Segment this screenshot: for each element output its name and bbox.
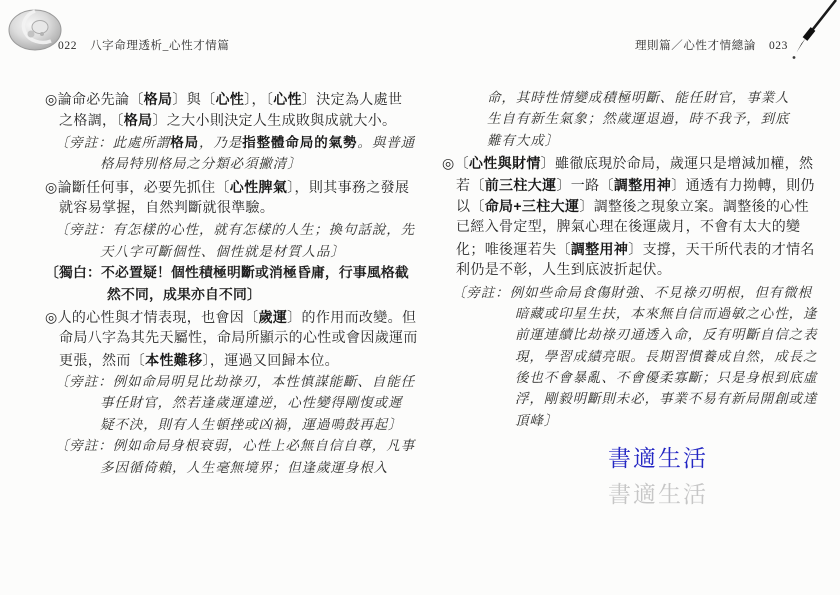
- watermark-gray: 書適生活: [608, 476, 708, 509]
- text-segment: 更張，然而〔: [59, 354, 145, 369]
- text-segment: 天八字可斷個性、個性就是材質人品〕: [100, 244, 345, 259]
- emphasis-text: 調整用神: [571, 241, 628, 257]
- text-line: ◎論命必先論〔格局〕與〔心性〕，〔心性〕決定為人處世: [45, 89, 423, 110]
- text-line: 〔旁註：例如命局明見比劫祿刃，本性慎謀能斷、自能任: [45, 371, 423, 392]
- emphasis-text: 指整體命局的氣勢: [242, 135, 357, 150]
- text-segment: 〕的作用而改變。但: [287, 311, 416, 326]
- text-segment: 多因循倚賴，人生毫無境界；但逢歲運身根入: [100, 460, 388, 475]
- text-segment: 頂峰〕: [515, 413, 558, 428]
- text-line: 天八字可斷個性、個性就是材質人品〕: [45, 241, 423, 262]
- text-line: ◎人的心性與才情表現，也會因〔歲運〕的作用而改變。但: [45, 307, 423, 328]
- text-segment: 〔旁註：有怎樣的心性，就有怎樣的人生；換句話說，先: [55, 222, 415, 237]
- text-line: 難有大成〕: [442, 130, 807, 151]
- text-line: 化；唯後運若失〔調整用神〕支撐，天干所代表的才情名: [442, 239, 807, 260]
- text-line: 〔旁註：有怎樣的心性，就有怎樣的人生；換句話說，先: [45, 219, 423, 240]
- text-segment: 〕調整後之現象立案。調整後的心性: [579, 200, 809, 215]
- text-line: 事任財官，然若逢歲運違逆，心性變得剛愎或遲: [45, 392, 423, 413]
- right-page-text: 命，其時性情變成積極明斷、能任財官，事業人生自有新生氣象；然歲運退過，時不我予，…: [442, 87, 807, 431]
- text-line: 〔旁註：例如些命局食傷財強、不見祿刃明根，但有微根: [442, 282, 807, 303]
- text-segment: 疑不決，則有人生頓挫或凶禍，運過鳴鼓再起〕: [100, 417, 402, 432]
- text-segment: 〔旁註：例如命局身根衰弱，心性上必無自信自尊，凡事: [55, 438, 415, 453]
- text-segment: 暗藏或印星生扶，本來無自信而過敏之心性，逢: [515, 306, 817, 321]
- text-segment: 〔旁註：例如命局明見比劫祿刃，本性慎謀能斷、自能任: [55, 374, 415, 389]
- right-page-number: 023: [769, 40, 788, 52]
- text-segment: 〕一路〔: [556, 179, 613, 194]
- emphasis-text: 歲運: [258, 309, 287, 325]
- watermark-blue: 書適生活: [608, 440, 708, 473]
- text-line: ◎論斷任何事，必要先抓住〔心性脾氣〕，則其事務之發展: [45, 177, 423, 198]
- text-segment: 生自有新生氣象；然歲運退過，時不我予，到底: [487, 111, 789, 126]
- text-segment: 〕決定為人處世: [302, 93, 402, 108]
- left-page-text: ◎論命必先論〔格局〕與〔心性〕，〔心性〕決定為人處世之格調，〔格局〕之大小則決定…: [45, 87, 423, 478]
- book-spread: 022八字命理透析_心性才情篇 ◎論命必先論〔格局〕與〔心性〕，〔心性〕決定為人…: [0, 0, 840, 595]
- text-segment: 〕支撐，天干所代表的才情名: [628, 243, 815, 258]
- text-line: 命，其時性情變成積極明斷、能任財官，事業人: [442, 87, 807, 108]
- text-segment: 〕雖徹底現於命局，歲運只是增減加權，然: [541, 157, 814, 172]
- text-segment: 若〔: [456, 179, 485, 194]
- text-line: 後也不會暴亂、不會優柔寡斷；只是身根到底虛: [442, 367, 807, 388]
- text-segment: 已經入骨定型，脾氣心理在後運歲月，不會有太大的變: [456, 220, 800, 235]
- text-segment: 命，其時性情變成積極明斷、能任財官，事業人: [487, 90, 789, 105]
- text-line: 生自有新生氣象；然歲運退過，時不我予，到底: [442, 108, 807, 129]
- text-segment: 命局八字為其先天屬性，命局所顯示的心性或會因歲運而: [59, 331, 418, 346]
- text-line: 更張，然而〔本性難移〕，運過又回歸本位。: [45, 350, 423, 371]
- text-segment: 〕，運過又回歸本位。: [203, 354, 340, 369]
- right-page-title: 理則篇／心性才情總論: [635, 40, 756, 52]
- text-line: 格局特別格局之分類必須撇清〕: [45, 153, 423, 174]
- text-segment: 〕，〔: [244, 93, 273, 108]
- text-line: 命局八字為其先天屬性，命局所顯示的心性或會因歲運而: [45, 328, 423, 349]
- text-line: 現，學習成績亮眼。長期習慣養成自然，成長之: [442, 346, 807, 367]
- text-segment: ◎論斷任何事，必要先抓住〔: [45, 181, 230, 196]
- emphasis-text: 心性脾氣: [230, 179, 287, 195]
- text-segment: 〕與〔: [172, 93, 215, 108]
- text-segment: 難有大成〕: [487, 133, 559, 148]
- text-line: 以〔命局+三柱大運〕調整後之現象立案。調整後的心性: [442, 196, 807, 217]
- text-segment: 然不同，成果亦自不同〕: [107, 287, 261, 302]
- text-line: 暗藏或印星生扶，本來無自信而過敏之心性，逢: [442, 303, 807, 324]
- text-segment: 事任財官，然若逢歲運違逆，心性變得剛愎或遲: [100, 395, 402, 410]
- text-segment: 〕通透有力拗轉，則仍: [671, 179, 815, 194]
- text-line: ◎〔心性與財情〕雖徹底現於命局，歲運只是增減加權，然: [442, 153, 807, 174]
- text-segment: 浮，剛毅明斷則未必，事業不易有新局開創或達: [515, 391, 817, 406]
- calligraphy-pen-icon: [780, 0, 838, 66]
- text-line: 浮，剛毅明斷則未必，事業不易有新局開創或達: [442, 388, 807, 409]
- text-line: 頂峰〕: [442, 410, 807, 431]
- text-segment: 後也不會暴亂、不會優柔寡斷；只是身根到底虛: [515, 370, 817, 385]
- text-segment: ◎〔: [442, 157, 469, 172]
- emphasis-text: 心性: [215, 91, 244, 107]
- text-line: 然不同，成果亦自不同〕: [45, 284, 423, 305]
- text-segment: 〔旁註：此處所謂: [55, 135, 170, 150]
- emphasis-text: 調整用神: [614, 177, 671, 193]
- text-line: 前運連續比劫祿刃通透入命，反有明斷自信之表: [442, 324, 807, 345]
- text-segment: 之格調，〔: [59, 114, 124, 129]
- text-line: 利仍是不彰，人生到底波折起伏。: [442, 260, 807, 281]
- emphasis-text: 本性難移: [145, 352, 202, 368]
- emphasis-text: 格局: [144, 91, 173, 107]
- text-segment: 〕，則其事務之發展: [287, 181, 409, 196]
- text-segment: 就容易掌握，自然判斷就很準驗。: [59, 201, 274, 216]
- text-line: 疑不決，則有人生頓挫或凶禍，運過鳴鼓再起〕: [45, 414, 423, 435]
- text-segment: 前運連續比劫祿刃通透入命，反有明斷自信之表: [515, 327, 817, 342]
- text-segment: 現，學習成績亮眼。長期習慣養成自然，成長之: [515, 349, 817, 364]
- left-page-header: 022八字命理透析_心性才情篇: [58, 37, 230, 53]
- text-segment: ◎論命必先論〔: [45, 93, 144, 108]
- text-segment: 〔獨白：不必置疑！個性積極明斷或消極昏庸，行事風格截: [45, 265, 409, 280]
- text-segment: 化；唯後運若失〔: [456, 243, 571, 258]
- text-segment: 以〔: [456, 200, 485, 215]
- text-segment: 〕之大小則決定人生成敗與成就大小。: [152, 114, 396, 129]
- emphasis-text: 命局+三柱大運: [485, 198, 580, 214]
- right-page-header: 理則篇／心性才情總論023: [635, 37, 788, 53]
- text-segment: 。與普通: [357, 135, 415, 150]
- stone-spiral-logo-icon: [6, 7, 64, 53]
- emphasis-text: 格局: [170, 135, 199, 150]
- text-line: 〔旁註：例如命局身根衰弱，心性上必無自信自尊，凡事: [45, 435, 423, 456]
- text-segment: 〔旁註：例如些命局食傷財強、不見祿刃明根，但有微根: [452, 285, 812, 300]
- left-page-title: 八字命理透析_心性才情篇: [90, 40, 229, 52]
- text-line: 已經入骨定型，脾氣心理在後運歲月，不會有太大的變: [442, 217, 807, 238]
- text-line: 〔旁註：此處所謂格局，乃是指整體命局的氣勢。與普通: [45, 132, 423, 153]
- emphasis-text: 心性: [273, 91, 302, 107]
- text-line: 多因循倚賴，人生毫無境界；但逢歲運身根入: [45, 457, 423, 478]
- text-segment: ◎人的心性與才情表現，也會因〔: [45, 311, 258, 326]
- left-page-number: 022: [58, 40, 77, 52]
- text-line: 〔獨白：不必置疑！個性積極明斷或消極昏庸，行事風格截: [45, 262, 423, 283]
- text-segment: 格局特別格局之分類必須撇清〕: [100, 156, 302, 171]
- emphasis-text: 心性與財情: [469, 155, 541, 171]
- emphasis-text: 格局: [124, 112, 153, 128]
- text-line: 就容易掌握，自然判斷就很準驗。: [45, 198, 423, 219]
- text-segment: 利仍是不彰，人生到底波折起伏。: [456, 263, 671, 278]
- emphasis-text: 前三柱大運: [485, 177, 557, 193]
- text-segment: ，乃是: [199, 135, 242, 150]
- text-line: 若〔前三柱大運〕一路〔調整用神〕通透有力拗轉，則仍: [442, 175, 807, 196]
- text-line: 之格調，〔格局〕之大小則決定人生成敗與成就大小。: [45, 110, 423, 131]
